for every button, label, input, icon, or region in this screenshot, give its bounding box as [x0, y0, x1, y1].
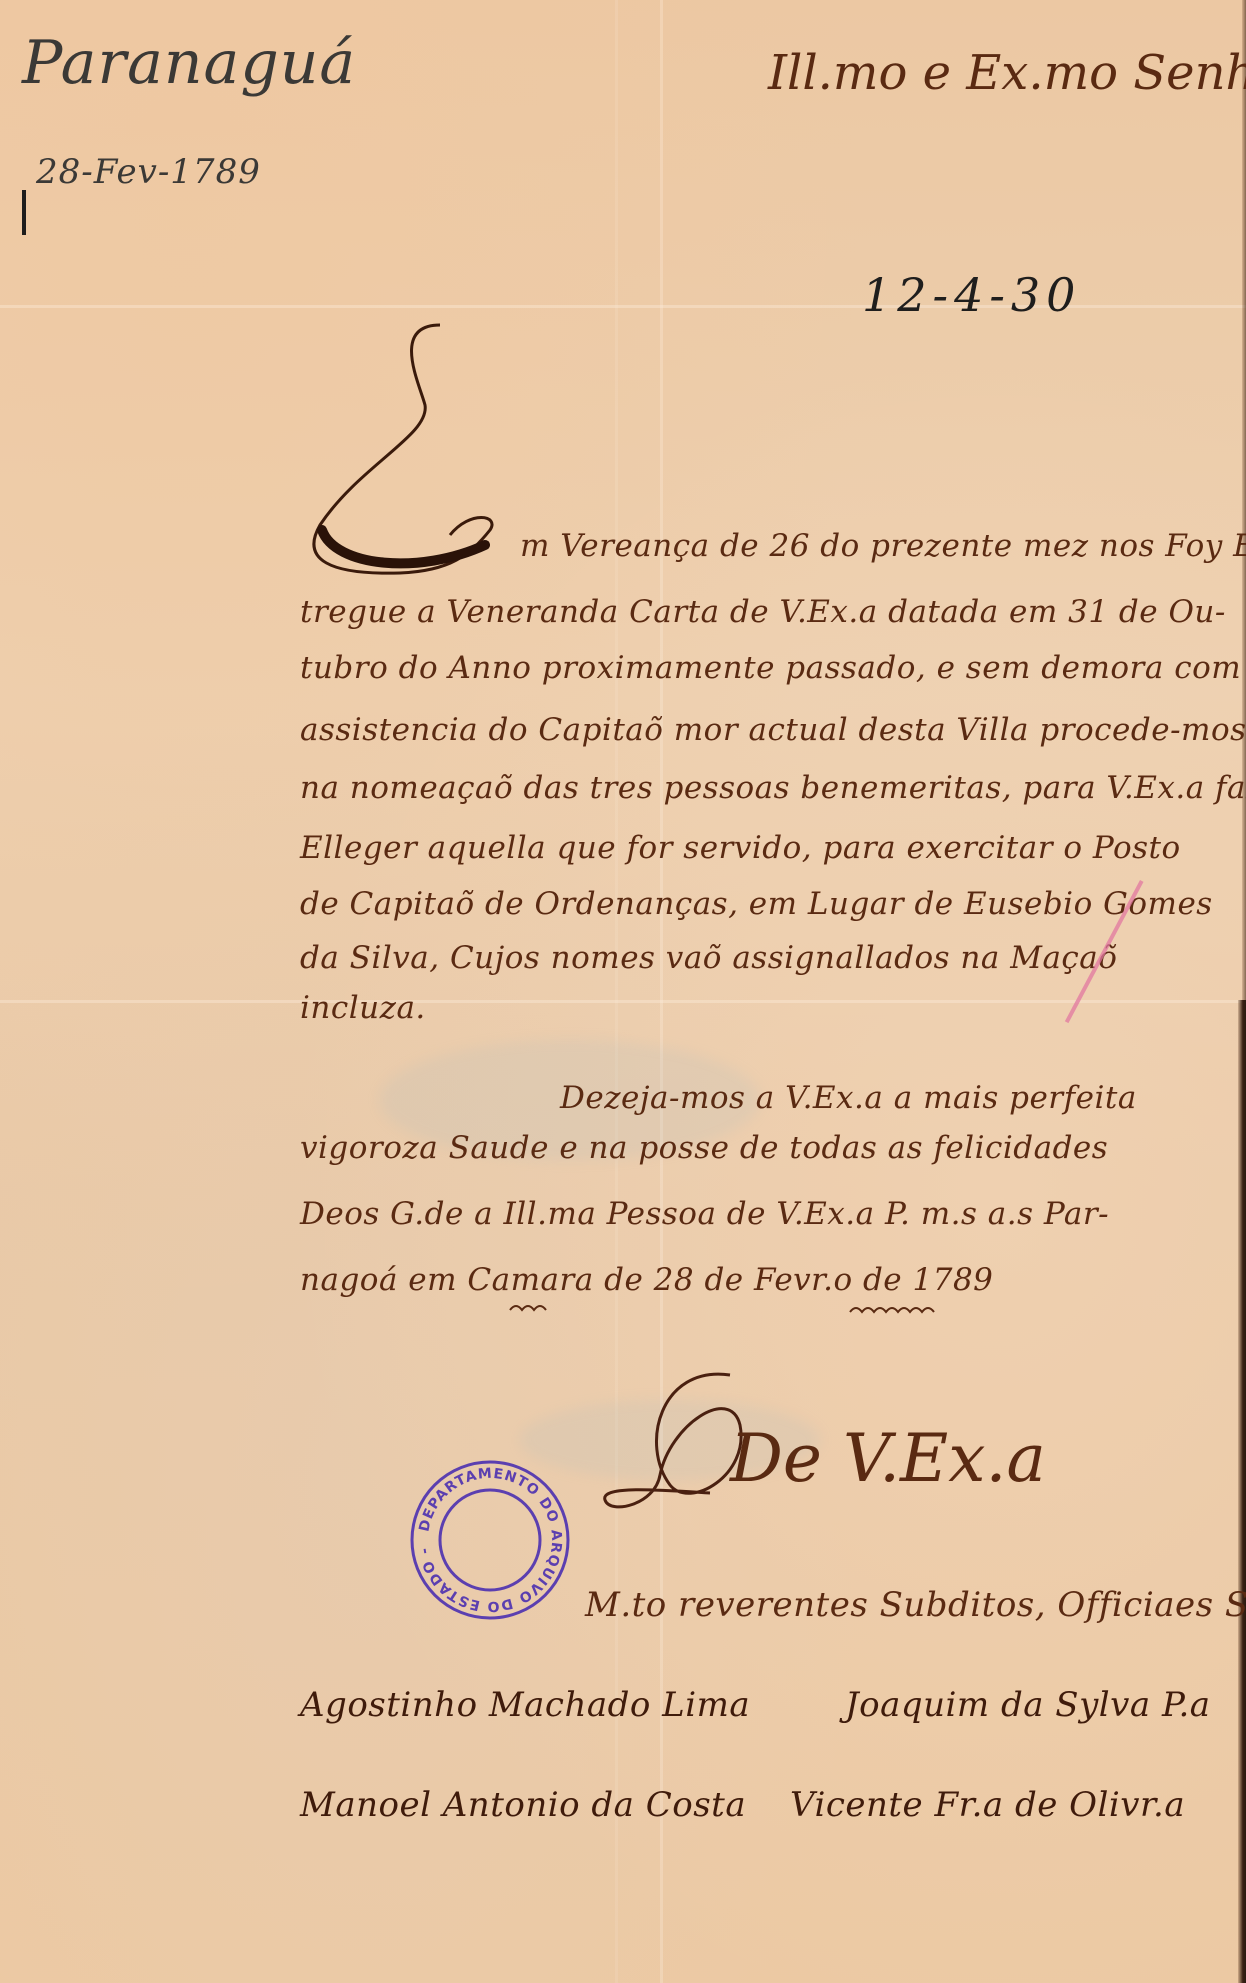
decorated-initial-e: [300, 305, 540, 585]
archive-stamp: DEPARTAMENTO DO ARQUIVO DO ESTADO - S. P…: [408, 1458, 572, 1622]
fold-line: [0, 1000, 1246, 1003]
body-line: tregue a Veneranda Carta de V.Ex.a datad…: [300, 594, 1226, 630]
place-annotation: Paranaguá: [22, 28, 356, 98]
body-line: na nomeaçaõ das tres pessoas benemeritas…: [300, 770, 1246, 806]
body-line: Deos G.de a Ill.ma Pessoa de V.Ex.a P. m…: [300, 1196, 1109, 1232]
body-line: vigoroza Saude e na posse de todas as fe…: [300, 1130, 1108, 1166]
date-annotation: 28-Fev-1789: [36, 152, 261, 192]
closing-subscription: M.to reverentes Subditos, Officiaes Serv…: [585, 1585, 1246, 1625]
date-underline-flourish: [490, 1300, 1090, 1320]
body-line: da Silva, Cujos nomes vaõ assignallados …: [300, 940, 1117, 976]
body-line: nagoá em Camara de 28 de Fevr.o de 1789: [300, 1262, 993, 1298]
signature: Vicente Fr.a de Olivr.a: [790, 1785, 1185, 1825]
archive-number: 12-4-30: [862, 268, 1081, 322]
body-line: tubro do Anno proximamente passado, e se…: [300, 650, 1241, 686]
signature: Joaquim da Sylva P.a: [845, 1685, 1211, 1725]
signature: Agostinho Machado Lima: [300, 1685, 750, 1725]
closing-formula: De V.Ex.a: [730, 1420, 1046, 1497]
body-line: assistencia do Capitaõ mor actual desta …: [300, 712, 1246, 748]
body-line: m Vereança de 26 do prezente mez nos Foy…: [520, 528, 1246, 564]
body-line: Elleger aquella que for servido, para ex…: [300, 830, 1181, 866]
paper-edge: [1242, 0, 1246, 1000]
body-line: de Capitaõ de Ordenanças, em Lugar de Eu…: [300, 886, 1213, 922]
pencil-mark: [22, 190, 26, 235]
signature: Manoel Antonio da Costa: [300, 1785, 746, 1825]
salutation: Ill.mo e Ex.mo Senhor: [768, 45, 1246, 101]
body-line: Dezeja-mos a V.Ex.a a mais perfeita: [560, 1080, 1137, 1116]
paper-edge: [1238, 1000, 1246, 1983]
body-line: incluza.: [300, 990, 426, 1026]
